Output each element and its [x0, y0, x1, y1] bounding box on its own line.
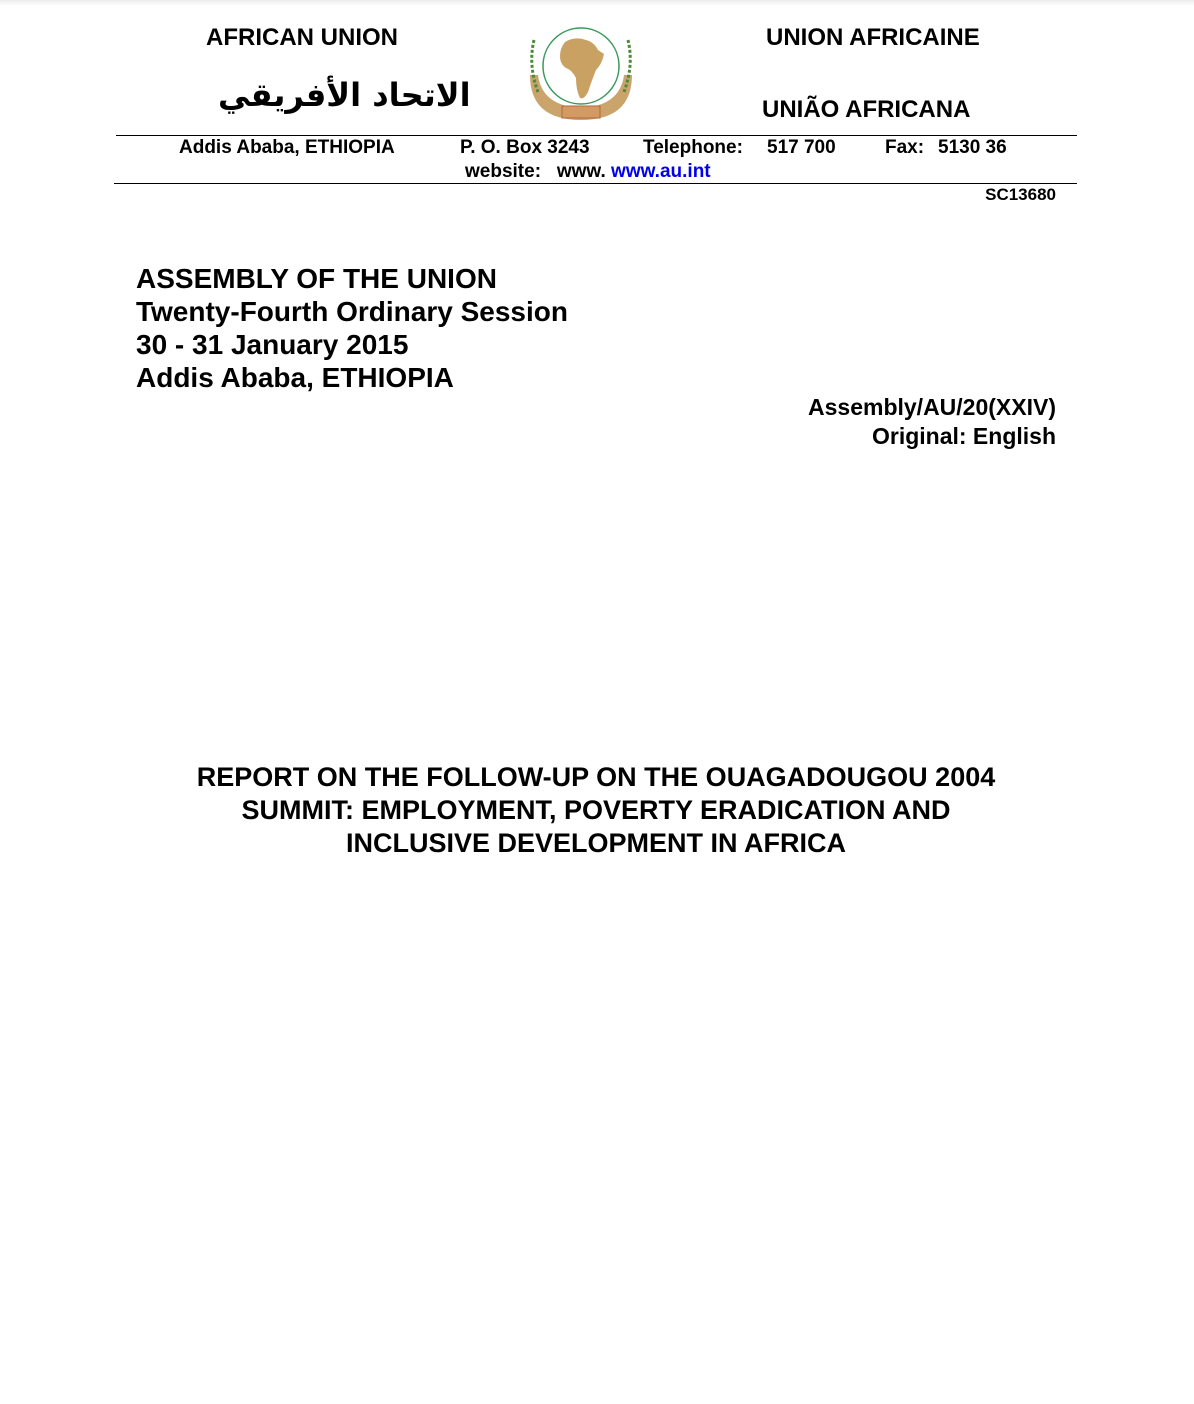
contact-website: website: www. www.au.int: [465, 161, 711, 183]
contact-fax-label: Fax:: [885, 137, 924, 159]
contact-po-box: P. O. Box 3243: [460, 137, 590, 159]
session-dates: 30 - 31 January 2015: [136, 328, 568, 361]
report-title-line-1: REPORT ON THE FOLLOW-UP ON THE OUAGADOUG…: [96, 761, 1096, 794]
page-top-shadow: [0, 0, 1194, 6]
document-reference-number: Assembly/AU/20(XXIV): [808, 393, 1056, 422]
report-title: REPORT ON THE FOLLOW-UP ON THE OUAGADOUG…: [96, 761, 1096, 860]
session-location: Addis Ababa, ETHIOPIA: [136, 361, 568, 394]
reference-block: Assembly/AU/20(XXIV) Original: English: [808, 393, 1056, 451]
african-union-emblem-icon: [520, 20, 642, 124]
website-label: website: www.: [465, 161, 606, 182]
header-bottom-rule: [114, 183, 1077, 184]
org-name-english: AFRICAN UNION: [206, 24, 398, 52]
org-name-french: UNION AFRICAINE: [766, 24, 980, 52]
original-language: Original: English: [808, 422, 1056, 451]
session-block: ASSEMBLY OF THE UNION Twenty-Fourth Ordi…: [136, 262, 568, 394]
contact-city: Addis Ababa, ETHIOPIA: [179, 137, 395, 159]
report-title-line-3: INCLUSIVE DEVELOPMENT IN AFRICA: [96, 827, 1096, 860]
report-title-line-2: SUMMIT: EMPLOYMENT, POVERTY ERADICATION …: [96, 794, 1096, 827]
org-name-portuguese: UNIÃO AFRICANA: [762, 96, 970, 124]
session-name: Twenty-Fourth Ordinary Session: [136, 295, 568, 328]
contact-telephone: 517 700: [767, 137, 836, 159]
contact-fax: 5130 36: [938, 137, 1007, 159]
header-top-rule: [116, 135, 1077, 136]
session-assembly: ASSEMBLY OF THE UNION: [136, 262, 568, 295]
website-link[interactable]: www.au.int: [611, 161, 711, 182]
contact-telephone-label: Telephone:: [643, 137, 743, 159]
document-code: SC13680: [985, 185, 1056, 205]
org-name-arabic: الاتحاد الأفريقي: [218, 76, 471, 114]
